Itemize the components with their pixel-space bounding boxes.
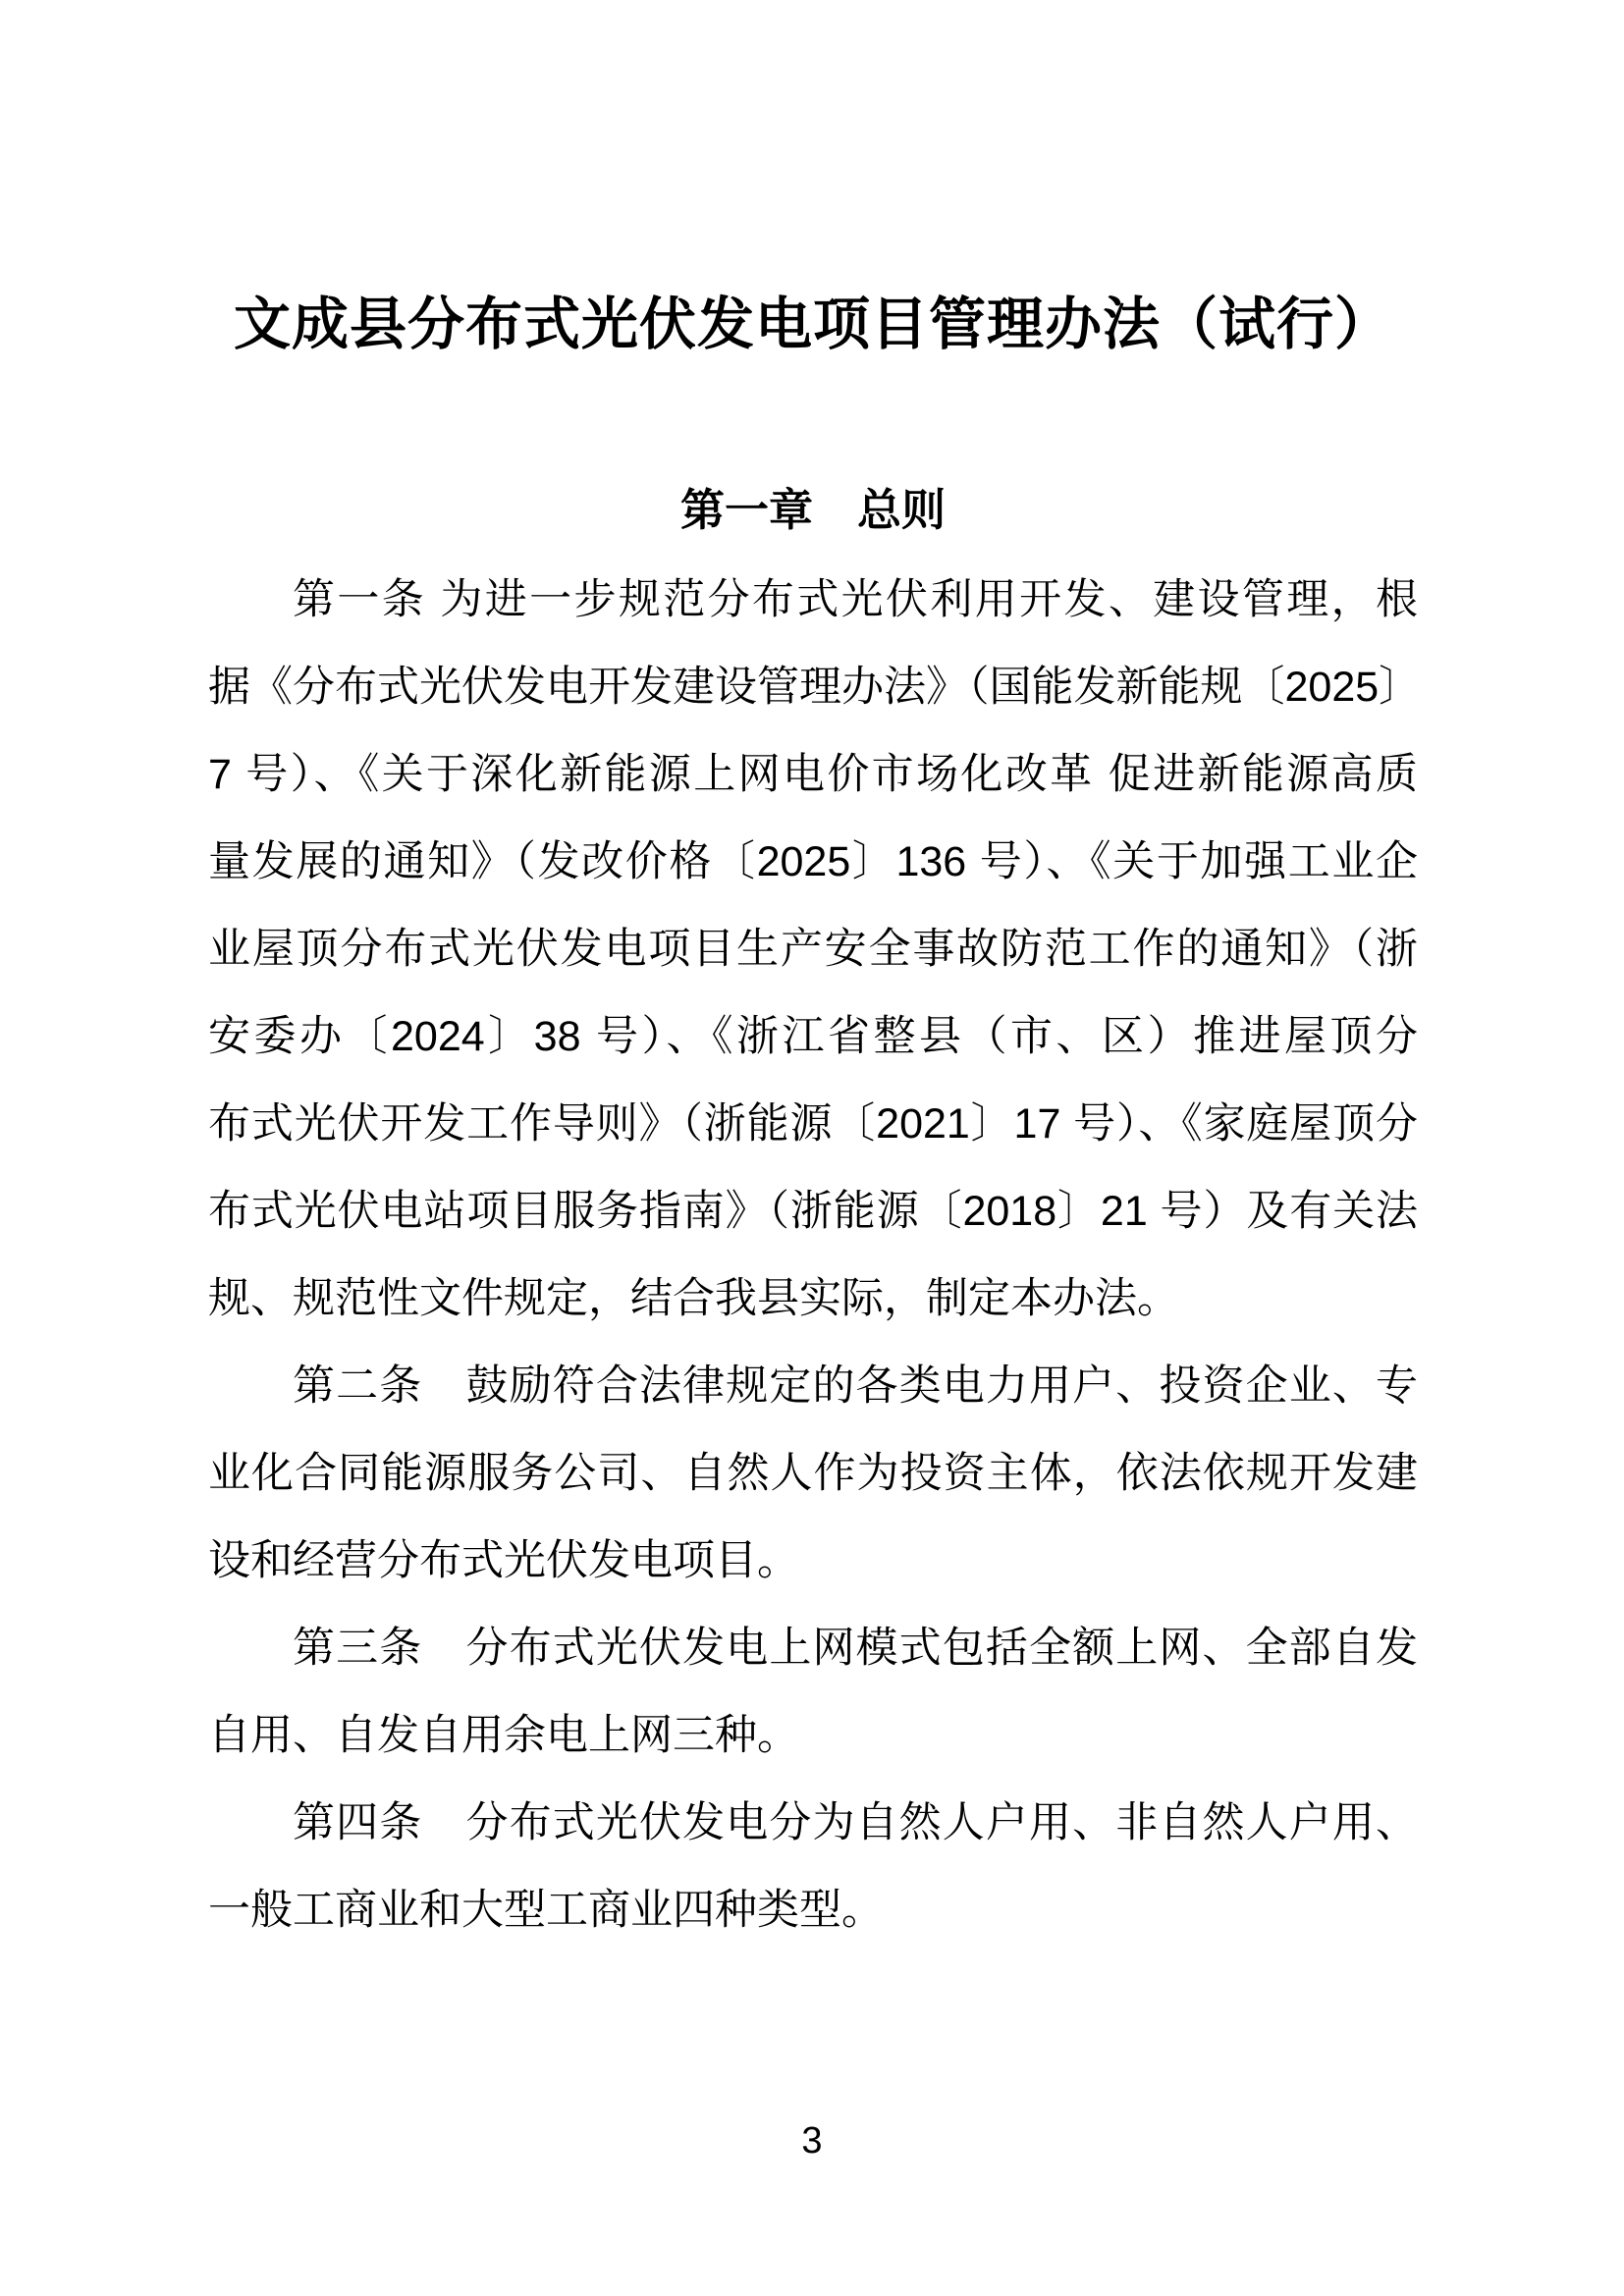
body-line: 布式光伏开发工作导则》（浙能源〔2021〕17 号）、《家庭屋顶分 <box>208 1081 1418 1168</box>
document-body: 文成县分布式光伏发电项目管理办法（试行） 第一章 总则 第一条 为进一步规范分布… <box>208 0 1418 2296</box>
body-line: 业屋顶分布式光伏发电项目生产安全事故防范工作的通知》（浙 <box>208 906 1418 993</box>
chapter-heading: 第一章 总则 <box>208 485 1418 536</box>
body-line: 量发展的通知》（发改价格〔2025〕136 号）、《关于加强工业企 <box>208 819 1418 906</box>
body-line: 据《分布式光伏发电开发建设管理办法》（国能发新能规〔2025〕 <box>208 644 1418 731</box>
body-line: 规、规范性文件规定，结合我县实际，制定本办法。 <box>208 1255 1418 1343</box>
body-line: 安委办〔2024〕38 号）、《浙江省整县（市、区）推进屋顶分 <box>208 993 1418 1081</box>
body-line: 第四条 分布式光伏发电分为自然人户用、非自然人户用、 <box>208 1780 1418 1867</box>
body-line: 第二条 鼓励符合法律规定的各类电力用户、投资企业、专 <box>208 1343 1418 1430</box>
body-line: 7 号）、《关于深化新能源上网电价市场化改革 促进新能源高质 <box>208 731 1418 819</box>
article-text: 第一条 为进一步规范分布式光伏利用开发、建设管理，根 据《分布式光伏发电开发建设… <box>208 557 1418 1954</box>
body-line: 设和经营分布式光伏发电项目。 <box>208 1518 1418 1605</box>
page-number: 3 <box>0 2118 1624 2163</box>
body-line: 自用、自发自用余电上网三种。 <box>208 1692 1418 1780</box>
body-line: 第三条 分布式光伏发电上网模式包括全额上网、全部自发 <box>208 1605 1418 1692</box>
body-line: 一般工商业和大型工商业四种类型。 <box>208 1867 1418 1954</box>
body-line: 第一条 为进一步规范分布式光伏利用开发、建设管理，根 <box>208 557 1418 644</box>
document-page: { "document": { "title": "文成县分布式光伏发电项目管理… <box>0 0 1624 2296</box>
body-line: 业化合同能源服务公司、自然人作为投资主体，依法依规开发建 <box>208 1430 1418 1518</box>
document-title: 文成县分布式光伏发电项目管理办法（试行） <box>208 0 1418 359</box>
body-line: 布式光伏电站项目服务指南》（浙能源〔2018〕21 号）及有关法 <box>208 1168 1418 1255</box>
